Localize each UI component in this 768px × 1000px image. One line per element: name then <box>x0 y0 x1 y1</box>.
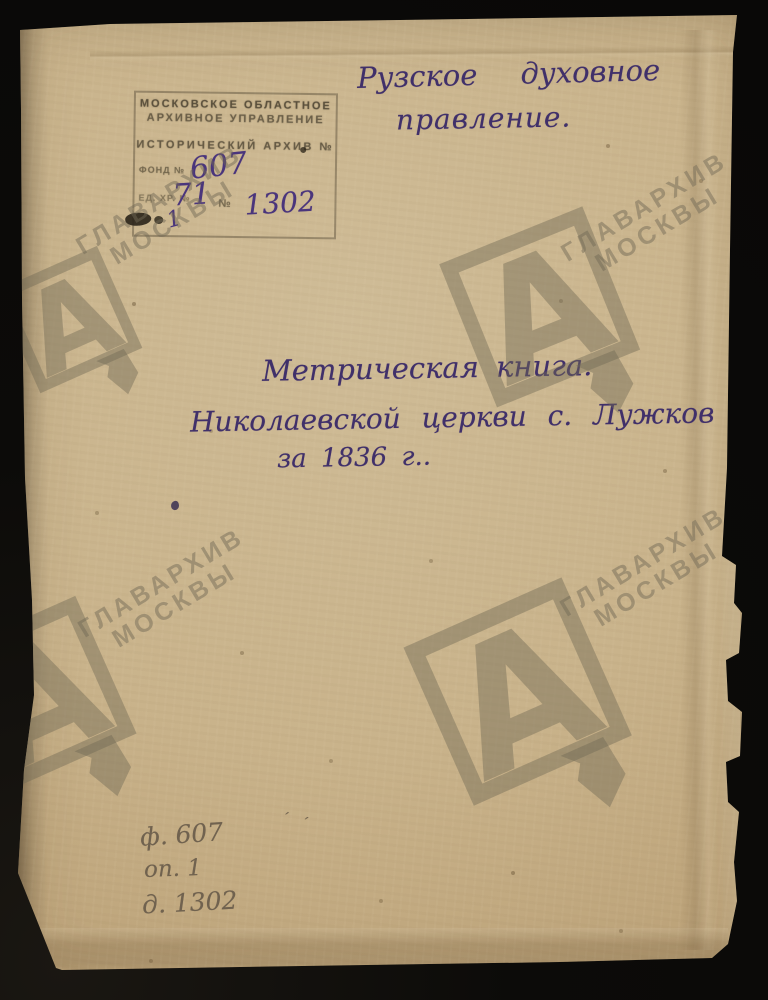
glavarhiv-logo-icon: А <box>0 240 163 431</box>
stamp-delo-number: 1302 <box>244 185 317 222</box>
torn-edge-highlight <box>714 540 740 960</box>
paper-speckles <box>0 0 2 2</box>
handwritten-title-line-3: за 1836 г.. <box>277 442 432 475</box>
stamp-org-line-1: МОСКОВСКОЕ ОБЛАСТНОЕ <box>136 98 336 113</box>
handwritten-header-line-1: Рузское духовное <box>357 53 661 95</box>
pencil-opis-ref: оп. 1 <box>144 855 203 883</box>
pencil-fond-ref: ф. 607 <box>139 817 224 852</box>
stamp-ink-dot <box>300 147 306 153</box>
archive-cover-page: МОСКОВСКОЕ ОБЛАСТНОЕ АРХИВНОЕ УПРАВЛЕНИЕ… <box>0 0 768 1000</box>
scanned-archive-image: МОСКОВСКОЕ ОБЛАСТНОЕ АРХИВНОЕ УПРАВЛЕНИЕ… <box>0 0 768 1000</box>
handwritten-header-line-2: правление. <box>396 100 572 136</box>
pencil-delo-ref: д. 1302 <box>141 886 238 920</box>
stamp-org-line-2: АРХИВНОЕ УПРАВЛЕНИЕ <box>136 112 336 127</box>
small-ink-mark <box>170 500 180 510</box>
paper-texture <box>0 0 768 1000</box>
bottom-fold-crease <box>22 928 728 972</box>
pencil-tick-marks: ′ ′ <box>282 809 315 834</box>
